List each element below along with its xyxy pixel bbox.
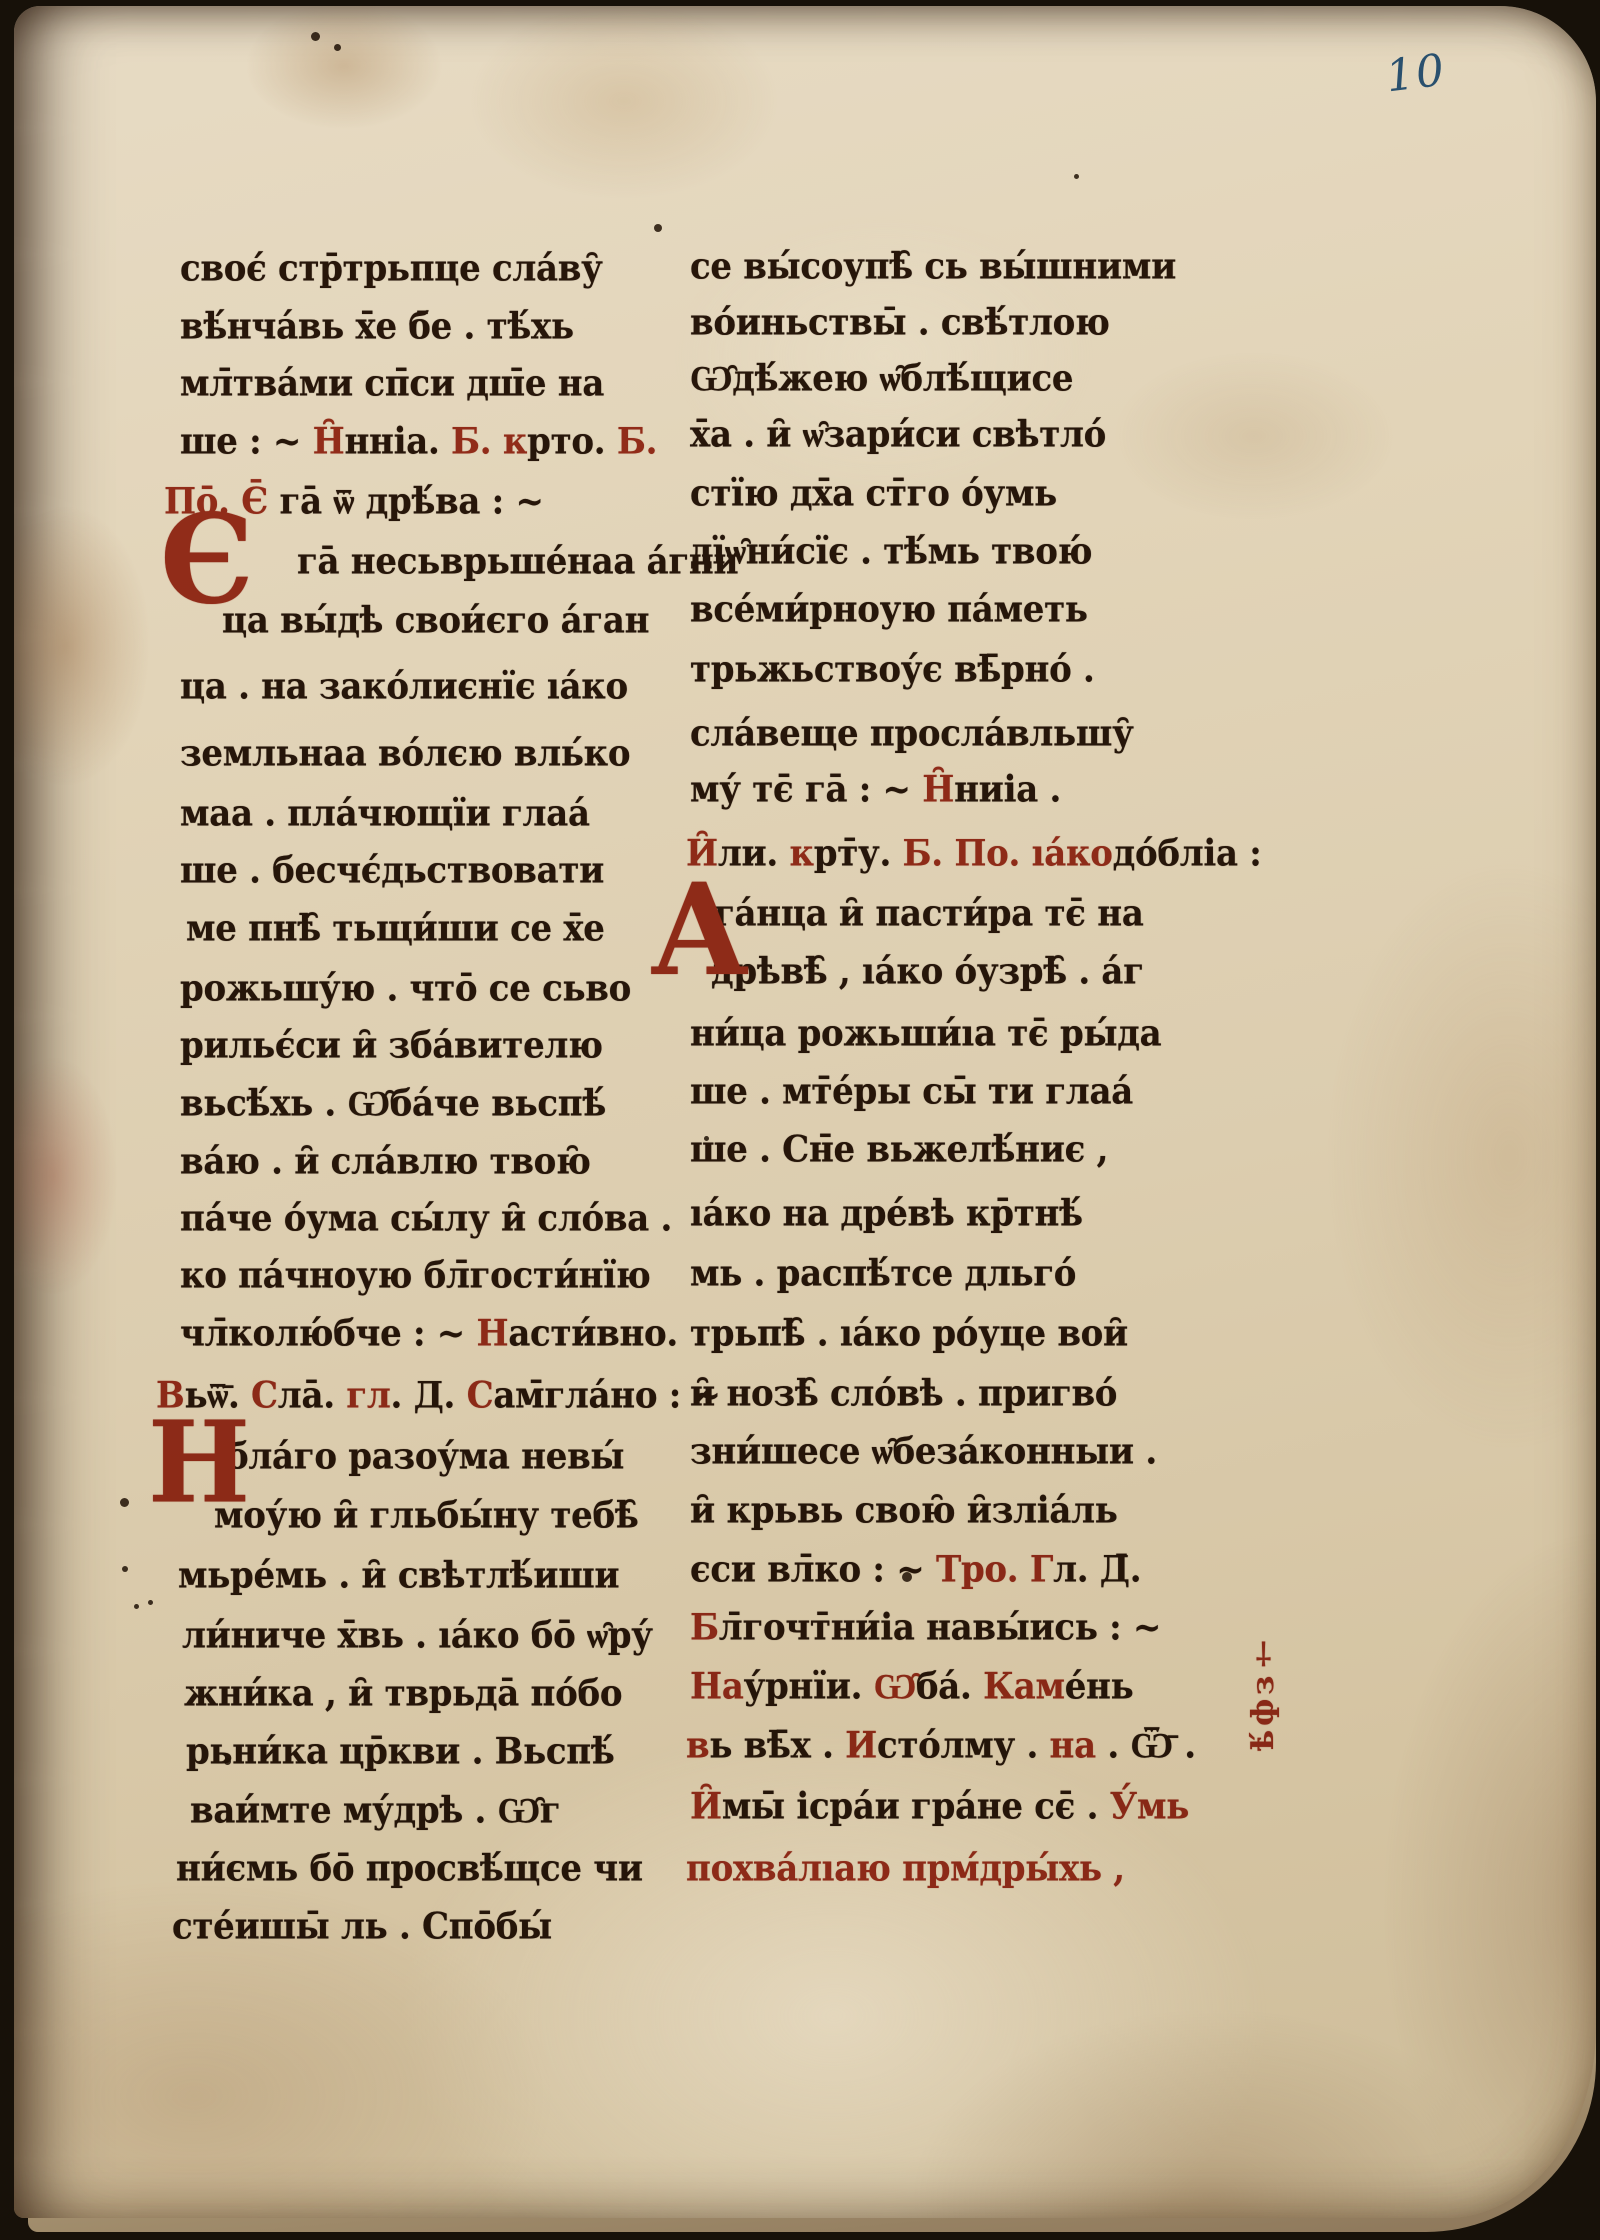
rubric-text: На	[690, 1666, 744, 1708]
body-text: . Ѿ̄ .	[1096, 1725, 1196, 1767]
body-text: Ѡ̑дѣ́жею ѡ̑блѣ́щисе	[690, 358, 1073, 400]
body-text: трьжьствоу́є вѣ̄рно́ .	[690, 649, 1095, 691]
body-text: га́нца и̑ пасти́ра тє̄ на	[714, 893, 1144, 935]
ink-speck	[224, 1758, 231, 1765]
body-text: ме пнѣ̑ тьщи́ши се х̄е	[186, 908, 605, 950]
body-text: мьре́мь . и̑ свѣтлѣ́иши	[178, 1555, 619, 1597]
rubric-text: к	[503, 421, 527, 463]
drop-cap-initial: А	[650, 874, 749, 986]
body-text: дїѡ̑ни́сїє . тѣ́мь твою́	[690, 531, 1092, 573]
body-text: мы̄ ісра́и гра́не сє̄ .	[722, 1786, 1110, 1828]
body-text: е́нь	[1065, 1666, 1134, 1708]
body-text: и̑ нозѣ̑ сло́вѣ . пригво́	[690, 1373, 1117, 1415]
text-line-right: сла́веще просла́вльшу̑	[690, 716, 1134, 752]
body-text: моу́ю и̑ гльбы́ну тебѣ̑	[214, 1495, 638, 1537]
drop-cap-initial: Н	[148, 1414, 250, 1513]
text-line-left: моу́ю и̑ гльбы́ну тебѣ̑	[214, 1498, 638, 1534]
text-line-left: сте́ишы̄ ль . Спо̄бы́	[172, 1909, 552, 1945]
body-text: ше . Сн̄е вьжелѣ́ниє ,	[690, 1129, 1108, 1171]
body-text: рьни́ка цр̄кви . Вьспѣ́	[186, 1731, 614, 1773]
body-text: ам̄гла́но : ~	[493, 1375, 720, 1417]
rubric-text: в	[686, 1725, 709, 1767]
text-line-right: Бл̄гочт̄ни́іа навы́ись : ~	[690, 1610, 1161, 1646]
body-text: все́ми́рноую па́меть	[690, 589, 1088, 631]
rubric-text: Кам	[983, 1666, 1065, 1708]
text-line-right: во́иньствы̄ . свѣ́тлою	[690, 305, 1110, 341]
ink-speck	[902, 1572, 912, 1582]
text-line-right: трьпѣ̑ . ıа́ко ро́уце вои̑	[690, 1316, 1128, 1352]
body-text: ше : ~	[180, 421, 313, 463]
body-text: дрѣвѣ̑ , ıа́ко о́узрѣ̑ . а́г	[711, 951, 1144, 993]
body-text: трьпѣ̑ . ıа́ко ро́уце вои̑	[690, 1313, 1128, 1355]
text-line-right: га́нца и̑ пасти́ра тє̄ на	[714, 896, 1144, 932]
text-line-left: мл̄тва́ми сп̄си дш̄е на	[180, 366, 604, 402]
body-text: сте́ишы̄ ль . Спо̄бы́	[172, 1906, 552, 1948]
body-text: му́ тє̄ га̄ : ~	[690, 769, 922, 811]
rubric-text: к	[790, 833, 814, 875]
body-text: ца вы́дѣ свои́єго а́ган	[222, 600, 649, 642]
text-line-right: трьжьствоу́є вѣ̄рно́ .	[690, 652, 1095, 688]
text-line-right: ни́ца рожьши́ıа тє̄ ры́да	[690, 1016, 1161, 1052]
ink-speck	[704, 1136, 709, 1141]
ink-speck	[122, 1566, 128, 1572]
rubric-text: По.	[954, 833, 1031, 875]
text-line-right: стїю дх̄а ст̄го о́умь	[690, 476, 1057, 512]
rubric-text: И̑	[690, 1786, 722, 1828]
body-text: зни́шесе ѡ̑беза́конныи .	[690, 1431, 1157, 1473]
text-line-left: рильє́си и̑ зба́вителю	[180, 1028, 603, 1064]
body-text: ли́ниче х̄вь . ıа́ко бо̄ ѡ̑ру́	[182, 1615, 653, 1657]
ink-speck	[120, 1498, 129, 1507]
body-text: ıа́ко на дре́вѣ кр̄тнѣ́	[690, 1193, 1083, 1235]
text-line-right: И̑ли. крт̄у. Б. По. ıа́кодо́бліа :	[686, 836, 1262, 872]
rubric-text: Тро.	[936, 1549, 1030, 1591]
margin-quire-mark: ѣ́фз†	[1246, 1566, 1281, 1751]
body-text: бла́го разоу́ма невы́	[226, 1436, 624, 1478]
body-text: асти́вно.	[508, 1313, 678, 1355]
text-line-left: рьни́ка цр̄кви . Вьспѣ́	[186, 1734, 614, 1770]
body-text: па́че о́ума сы́лу и̑ сло́ва .	[180, 1198, 672, 1240]
body-text: га̄ ѿ дрѣ́ва : ~	[280, 481, 544, 523]
body-text: вѣ́нча́вь х̄е б̄е . тѣ́хь	[180, 306, 574, 348]
rubric-text: У́мь	[1110, 1786, 1189, 1828]
text-line-left: рожьшу́ю . что̄ се сьво	[180, 971, 631, 1007]
rubric-text: гл	[346, 1375, 390, 1417]
body-text: ни́ца рожьши́ıа тє̄ ры́да	[690, 1013, 1161, 1055]
body-text: во́иньствы̄ . свѣ́тлою	[690, 302, 1110, 344]
body-text: и̑ крьвь свою̑ и̑зліа́ль	[690, 1490, 1118, 1532]
ink-speck	[1074, 174, 1079, 179]
rubric-text: Г	[1030, 1549, 1053, 1591]
body-text: нніа.	[344, 421, 451, 463]
ink-speck	[311, 32, 320, 41]
ink-layer: 10 ѣ́фз† своє́ стр̄трьпце сла́ву̑вѣ́нча́…	[14, 6, 1596, 2218]
text-line-left: ва́ю . и̑ сла́влю твою̑	[180, 1144, 591, 1180]
text-line-right: дрѣвѣ̑ , ıа́ко о́узрѣ̑ . а́г	[711, 954, 1144, 990]
body-text: сла́веще просла́вльшу̑	[690, 713, 1134, 755]
body-text: се вы́соупѣ̑ сь вы́шними	[690, 246, 1176, 288]
body-text: ва́ю . и̑ сла́влю твою̑	[180, 1141, 591, 1183]
body-text: вьсѣ́хь . Ѡ̑ба́че вьспѣ́	[180, 1083, 606, 1125]
text-line-right: и̑ нозѣ̑ сло́вѣ . пригво́	[690, 1376, 1117, 1412]
body-text: л̄гочт̄ни́іа навы́ись : ~	[719, 1607, 1161, 1649]
ink-speck	[134, 1604, 139, 1609]
text-line-left: своє́ стр̄трьпце сла́ву̑	[180, 251, 603, 287]
body-text: стїю дх̄а ст̄го о́умь	[690, 473, 1057, 515]
text-line-left: вьсѣ́хь . Ѡ̑ба́че вьспѣ́	[180, 1086, 606, 1122]
body-text: ба́.	[916, 1666, 983, 1708]
manuscript-page: 10 ѣ́фз† своє́ стр̄трьпце сла́ву̑вѣ́нча́…	[14, 6, 1596, 2218]
folio-number: 10	[1383, 45, 1449, 103]
text-line-left: ни́ємь бо̄ просвѣ́щсе чи	[176, 1851, 643, 1887]
text-line-right: єси вл̄ко : ~ Тро. Гл. Д̄.	[690, 1552, 1141, 1588]
text-line-right: Ѡ̑дѣ́жею ѡ̑блѣ́щисе	[690, 361, 1073, 397]
text-line-right: Нау́рнїи. Ѡ̑ба́. Каме́нь	[690, 1669, 1133, 1705]
text-line-right: дїѡ̑ни́сїє . тѣ́мь твою́	[690, 534, 1092, 570]
body-text: земльнаа во́лєю вль́ко	[180, 733, 630, 775]
text-line-right: вь вѣ̄х . Исто́лму . на . Ѿ̄ .	[686, 1728, 1196, 1764]
text-line-right: зни́шесе ѡ̑беза́конныи .	[690, 1434, 1157, 1470]
body-text: чл̄колю́бче : ~	[180, 1313, 476, 1355]
ink-speck	[654, 224, 662, 232]
text-line-right: мь . распѣ́тсе дльго́	[690, 1256, 1076, 1292]
rubric-text: ıа́ко	[1032, 833, 1113, 875]
body-text: . Д.	[391, 1375, 467, 1417]
body-text: ше . бесчє́дьствовати	[180, 850, 604, 892]
rubric-text: похва́лıаю прм́дры́хь ,	[686, 1848, 1125, 1890]
ink-speck	[334, 44, 341, 51]
body-text: ла̄.	[278, 1375, 346, 1417]
body-text: маа . пла́чющїи глаа́	[180, 793, 590, 835]
body-text: ь вѣ̄х .	[709, 1725, 845, 1767]
text-line-left: бла́го разоу́ма невы́	[226, 1439, 624, 1475]
rubric-text: Б	[690, 1607, 719, 1649]
text-line-right: ıа́ко на дре́вѣ кр̄тнѣ́	[690, 1196, 1083, 1232]
rubric-text: Б.	[451, 421, 503, 463]
body-text: ше . мт̄е́ры сы̄ ти глаа́	[690, 1071, 1133, 1113]
rubric-text: Н̑	[313, 421, 345, 463]
rubric-text: Ѡ̑	[874, 1666, 916, 1708]
manuscript-photo: 10 ѣ́фз† своє́ стр̄трьпце сла́ву̑вѣ́нча́…	[0, 0, 1600, 2240]
text-line-left: ко па́чноую бл̄гости́нїю	[180, 1258, 650, 1294]
rubric-text: Н	[476, 1313, 508, 1355]
body-text: мл̄тва́ми сп̄си дш̄е на	[180, 363, 604, 405]
text-line-left: ца вы́дѣ свои́єго а́ган	[222, 603, 649, 639]
rubric-text: С	[251, 1375, 278, 1417]
body-text: рто.	[527, 421, 617, 463]
body-text: ниіа .	[954, 769, 1061, 811]
drop-cap-initial: Є	[160, 506, 254, 614]
body-text: своє́ стр̄трьпце сла́ву̑	[180, 248, 603, 290]
body-text: у́рнїи.	[744, 1666, 874, 1708]
text-line-right: И̑мы̄ ісра́и гра́не сє̄ . У́мь	[690, 1789, 1189, 1825]
text-line-left: га̄ несьврьше́наа а́гни	[297, 544, 738, 580]
body-text: ко па́чноую бл̄гости́нїю	[180, 1255, 650, 1297]
text-line-left: чл̄колю́бче : ~ Насти́вно.	[180, 1316, 678, 1352]
body-text: сто́лму .	[877, 1725, 1050, 1767]
body-text: жни́ка , и̑ тврьда̄ по́бо	[184, 1673, 622, 1715]
body-text: х̄а . и̑ ѡ̑зари́си свѣтло́	[690, 414, 1106, 456]
body-text: до́бліа :	[1113, 833, 1262, 875]
body-text: рильє́си и̑ зба́вителю	[180, 1025, 603, 1067]
body-text: л. Д̄.	[1053, 1549, 1141, 1591]
text-line-left: ли́ниче х̄вь . ıа́ко бо̄ ѡ̑ру́	[182, 1618, 653, 1654]
text-line-right: ше . Сн̄е вьжелѣ́ниє ,	[690, 1132, 1108, 1168]
text-line-left: земльнаа во́лєю вль́ко	[180, 736, 630, 772]
text-line-left: ваи́мте му́дрѣ . Ѡ̑г	[190, 1793, 560, 1829]
text-line-right: се вы́соупѣ̑ сь вы́шними	[690, 249, 1176, 285]
text-line-right: и̑ крьвь свою̑ и̑зліа́ль	[690, 1493, 1118, 1529]
text-line-left: ше : ~ Н̑нніа. Б. крто. Б.	[180, 424, 657, 460]
text-line-right: все́ми́рноую па́меть	[690, 592, 1088, 628]
text-line-left: маа . пла́чющїи глаа́	[180, 796, 590, 832]
text-line-right: му́ тє̄ га̄ : ~ Н̑ниіа .	[690, 772, 1061, 808]
body-text: мь . распѣ́тсе дльго́	[690, 1253, 1076, 1295]
text-line-left: ше . бесчє́дьствовати	[180, 853, 604, 889]
text-line-right: х̄а . и̑ ѡ̑зари́си свѣтло́	[690, 417, 1106, 453]
body-text: ца . на зако́лиєнїє ıа́ко	[180, 666, 628, 708]
text-line-left: мьре́мь . и̑ свѣтлѣ́иши	[178, 1558, 619, 1594]
text-line-left: па́че о́ума сы́лу и̑ сло́ва .	[180, 1201, 672, 1237]
body-text: ни́ємь бо̄ просвѣ́щсе чи	[176, 1848, 643, 1890]
rubric-text: Н̑	[922, 769, 954, 811]
text-line-left: жни́ка , и̑ тврьда̄ по́бо	[184, 1676, 622, 1712]
text-line-left: ца . на зако́лиєнїє ıа́ко	[180, 669, 628, 705]
text-line-left: вѣ́нча́вь х̄е б̄е . тѣ́хь	[180, 309, 574, 345]
body-text: га̄ несьврьше́наа а́гни	[297, 541, 738, 583]
body-text: єси вл̄ко : ~	[690, 1549, 936, 1591]
body-text: рожьшу́ю . что̄ се сьво	[180, 968, 631, 1010]
text-line-right: ше . мт̄е́ры сы̄ ти глаа́	[690, 1074, 1133, 1110]
rubric-text: С	[467, 1375, 494, 1417]
rubric-text: Б.	[903, 833, 955, 875]
body-text: ваи́мте му́дрѣ . Ѡ̑г	[190, 1790, 560, 1832]
rubric-text: И	[845, 1725, 877, 1767]
rubric-text: Б.	[617, 421, 657, 463]
text-line-right: похва́лıаю прм́дры́хь ,	[686, 1851, 1125, 1887]
rubric-text: на	[1050, 1725, 1096, 1767]
ink-speck	[148, 1600, 153, 1605]
body-text: рт̄у.	[814, 833, 903, 875]
text-line-left: ме пнѣ̑ тьщи́ши се х̄е	[186, 911, 605, 947]
